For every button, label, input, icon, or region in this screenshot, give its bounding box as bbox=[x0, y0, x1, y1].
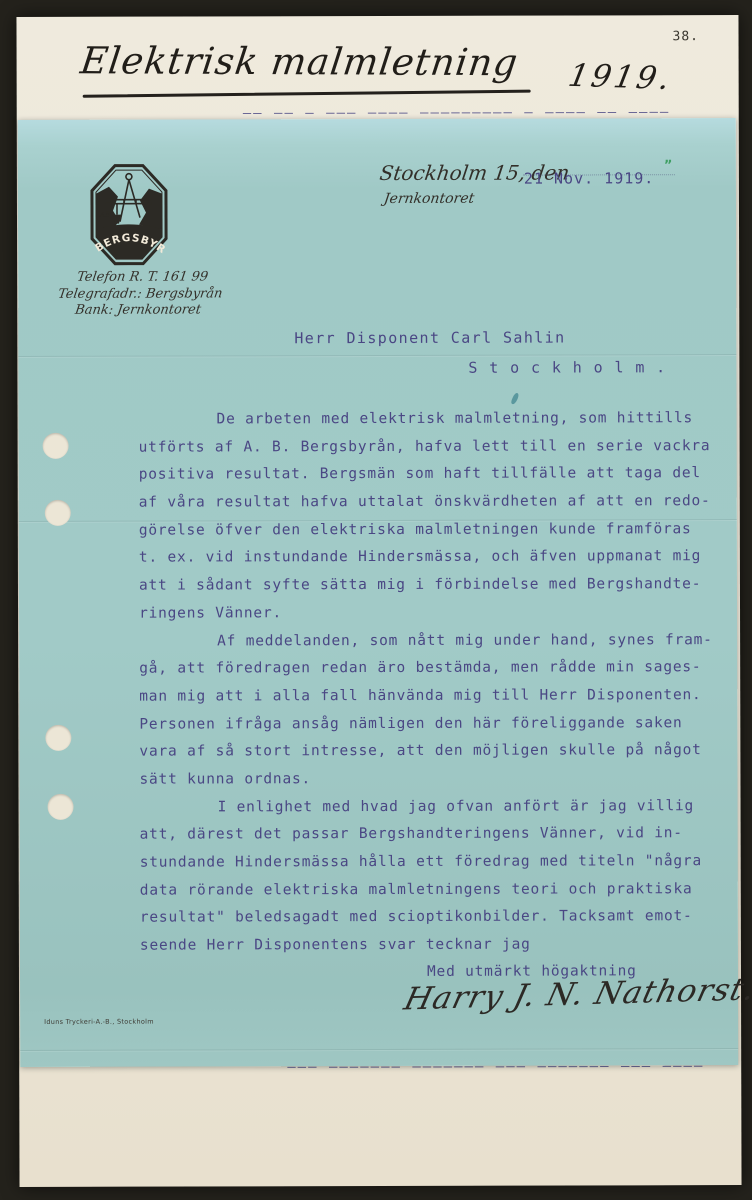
archive-page-number: 38. bbox=[673, 29, 700, 44]
recipient-city: S t o c k h o l m . bbox=[468, 358, 666, 377]
typed-line: utförts af A. B. Bergsbyrån, hafva lett … bbox=[139, 433, 731, 462]
typed-line: man mig att i alla fall hänvända mig til… bbox=[139, 682, 731, 711]
logo-monogram: AB bbox=[99, 211, 110, 219]
handwritten-year: 1919. bbox=[566, 58, 676, 97]
punch-hole bbox=[45, 725, 71, 751]
green-check-mark: ” bbox=[664, 158, 673, 173]
recipient-name: Herr Disponent Carl Sahlin bbox=[294, 329, 565, 348]
fold-crease bbox=[20, 1048, 738, 1051]
ink-blot bbox=[510, 392, 519, 405]
letterhead-telegrafadr: Telegrafadr.: Bergsbyrån bbox=[41, 286, 239, 303]
typed-line: Personen ifråga ansåg nämligen den här f… bbox=[139, 710, 731, 739]
letter-body: De arbeten med elektrisk malmletning, so… bbox=[139, 405, 732, 960]
punch-hole bbox=[43, 433, 69, 459]
typed-line: De arbeten med elektrisk malmletning, so… bbox=[139, 405, 731, 434]
typed-line: stundande Hindersmässa hålla ett föredra… bbox=[140, 848, 732, 877]
typed-line: gå, att föredragen redan äro bestämda, m… bbox=[139, 654, 731, 683]
typed-line: sätt kunna ordnas. bbox=[139, 765, 731, 794]
printer-imprint: Iduns Tryckeri-A.-B., Stockholm bbox=[44, 1018, 154, 1026]
typed-line: att, därest det passar Bergshandteringen… bbox=[140, 820, 732, 849]
typed-line: görelse öfver den elektriska malmletning… bbox=[139, 516, 731, 545]
typed-line: I enlighet med hvad jag ofvan anfört är … bbox=[140, 793, 732, 822]
letterhead-bank: Bank: Jernkontoret bbox=[39, 302, 237, 319]
punch-hole bbox=[48, 794, 74, 820]
typed-line: positiva resultat. Bergsmän som haft til… bbox=[139, 460, 731, 489]
logo-rock-right bbox=[139, 189, 162, 230]
dateline-printed-office: Jernkontoret bbox=[383, 191, 475, 207]
title-underline bbox=[83, 90, 531, 98]
typed-line: data rörande elektriska malmletningens t… bbox=[140, 876, 732, 905]
typed-line: t. ex. vid instundande Hindersmässa, och… bbox=[139, 544, 731, 573]
punch-hole bbox=[45, 500, 71, 526]
letter-page: AB BERGSBYRÅN Telefon R. T. 161 99 Teleg… bbox=[18, 118, 738, 1067]
typed-line: vara af så stort intresse, att den möjli… bbox=[139, 737, 731, 766]
typed-line: Af meddelanden, som nått mig under hand,… bbox=[139, 627, 731, 656]
typed-line: att i sådant syfte sätta mig i förbindel… bbox=[139, 571, 731, 600]
bergsbyran-logo: AB BERGSBYRÅN bbox=[90, 164, 168, 266]
typed-line: seende Herr Disponentens svar tecknar ja… bbox=[140, 931, 732, 960]
fold-crease bbox=[18, 354, 736, 357]
typed-line: af våra resultat hafva uttalat önskvärdh… bbox=[139, 488, 731, 517]
letterhead-contact-block: Telefon R. T. 161 99 Telegrafadr.: Bergs… bbox=[39, 269, 242, 319]
typed-line: resultat" beledsagadt med scioptikonbild… bbox=[140, 903, 732, 932]
typed-date: 21 Nov. 1919. bbox=[524, 169, 654, 187]
scanned-letter-screenshot: { "annotation": { "title": "Elektrisk ma… bbox=[0, 0, 752, 1200]
handwritten-title: Elektrisk malmletning bbox=[78, 39, 521, 84]
letterhead-telefon: Telefon R. T. 161 99 bbox=[43, 269, 241, 286]
typed-line: ringens Vänner. bbox=[139, 599, 731, 628]
